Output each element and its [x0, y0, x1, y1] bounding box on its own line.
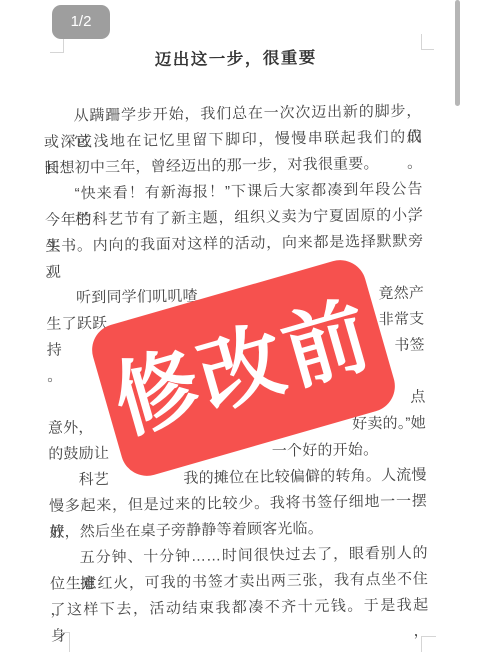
corner-bracket-icon: [421, 636, 436, 652]
line-fragment-right: 非常支: [379, 307, 425, 334]
line-fragment-left: 科艺: [78, 467, 109, 493]
line-fragment-right: 竟然产: [378, 281, 424, 308]
line-fragment-right: 书签: [394, 333, 425, 359]
line-fragment-right: 一个好的开始。: [272, 437, 379, 464]
line-fragment-left: 持: [47, 338, 63, 364]
document-title: 迈出这一步，很重要: [46, 43, 426, 72]
line-fragment-left: 意外，: [48, 415, 94, 442]
scrollbar-thumb[interactable]: [455, 0, 460, 106]
corner-bracket-icon: [56, 632, 70, 652]
corner-bracket-icon: [421, 34, 434, 50]
document-line: 买书。内向的我面对这样的活动，向来都是选择默默旁观: [45, 229, 423, 260]
line-fragment-right: 我的摊位在比较偏僻的转角。人流慢: [183, 463, 427, 492]
document-line: 慢多起来，但是过来的比较少。我将书签仔细地一一摆放: [49, 489, 427, 520]
line-fragment-right: 点: [410, 385, 426, 411]
document-line: ，这样下去，活动结束我都凑不齐十元钱。于是我起身，: [50, 593, 428, 624]
page-indicator-badge: 1/2: [52, 5, 110, 39]
line-fragment-left: 的鼓励让: [48, 441, 109, 468]
